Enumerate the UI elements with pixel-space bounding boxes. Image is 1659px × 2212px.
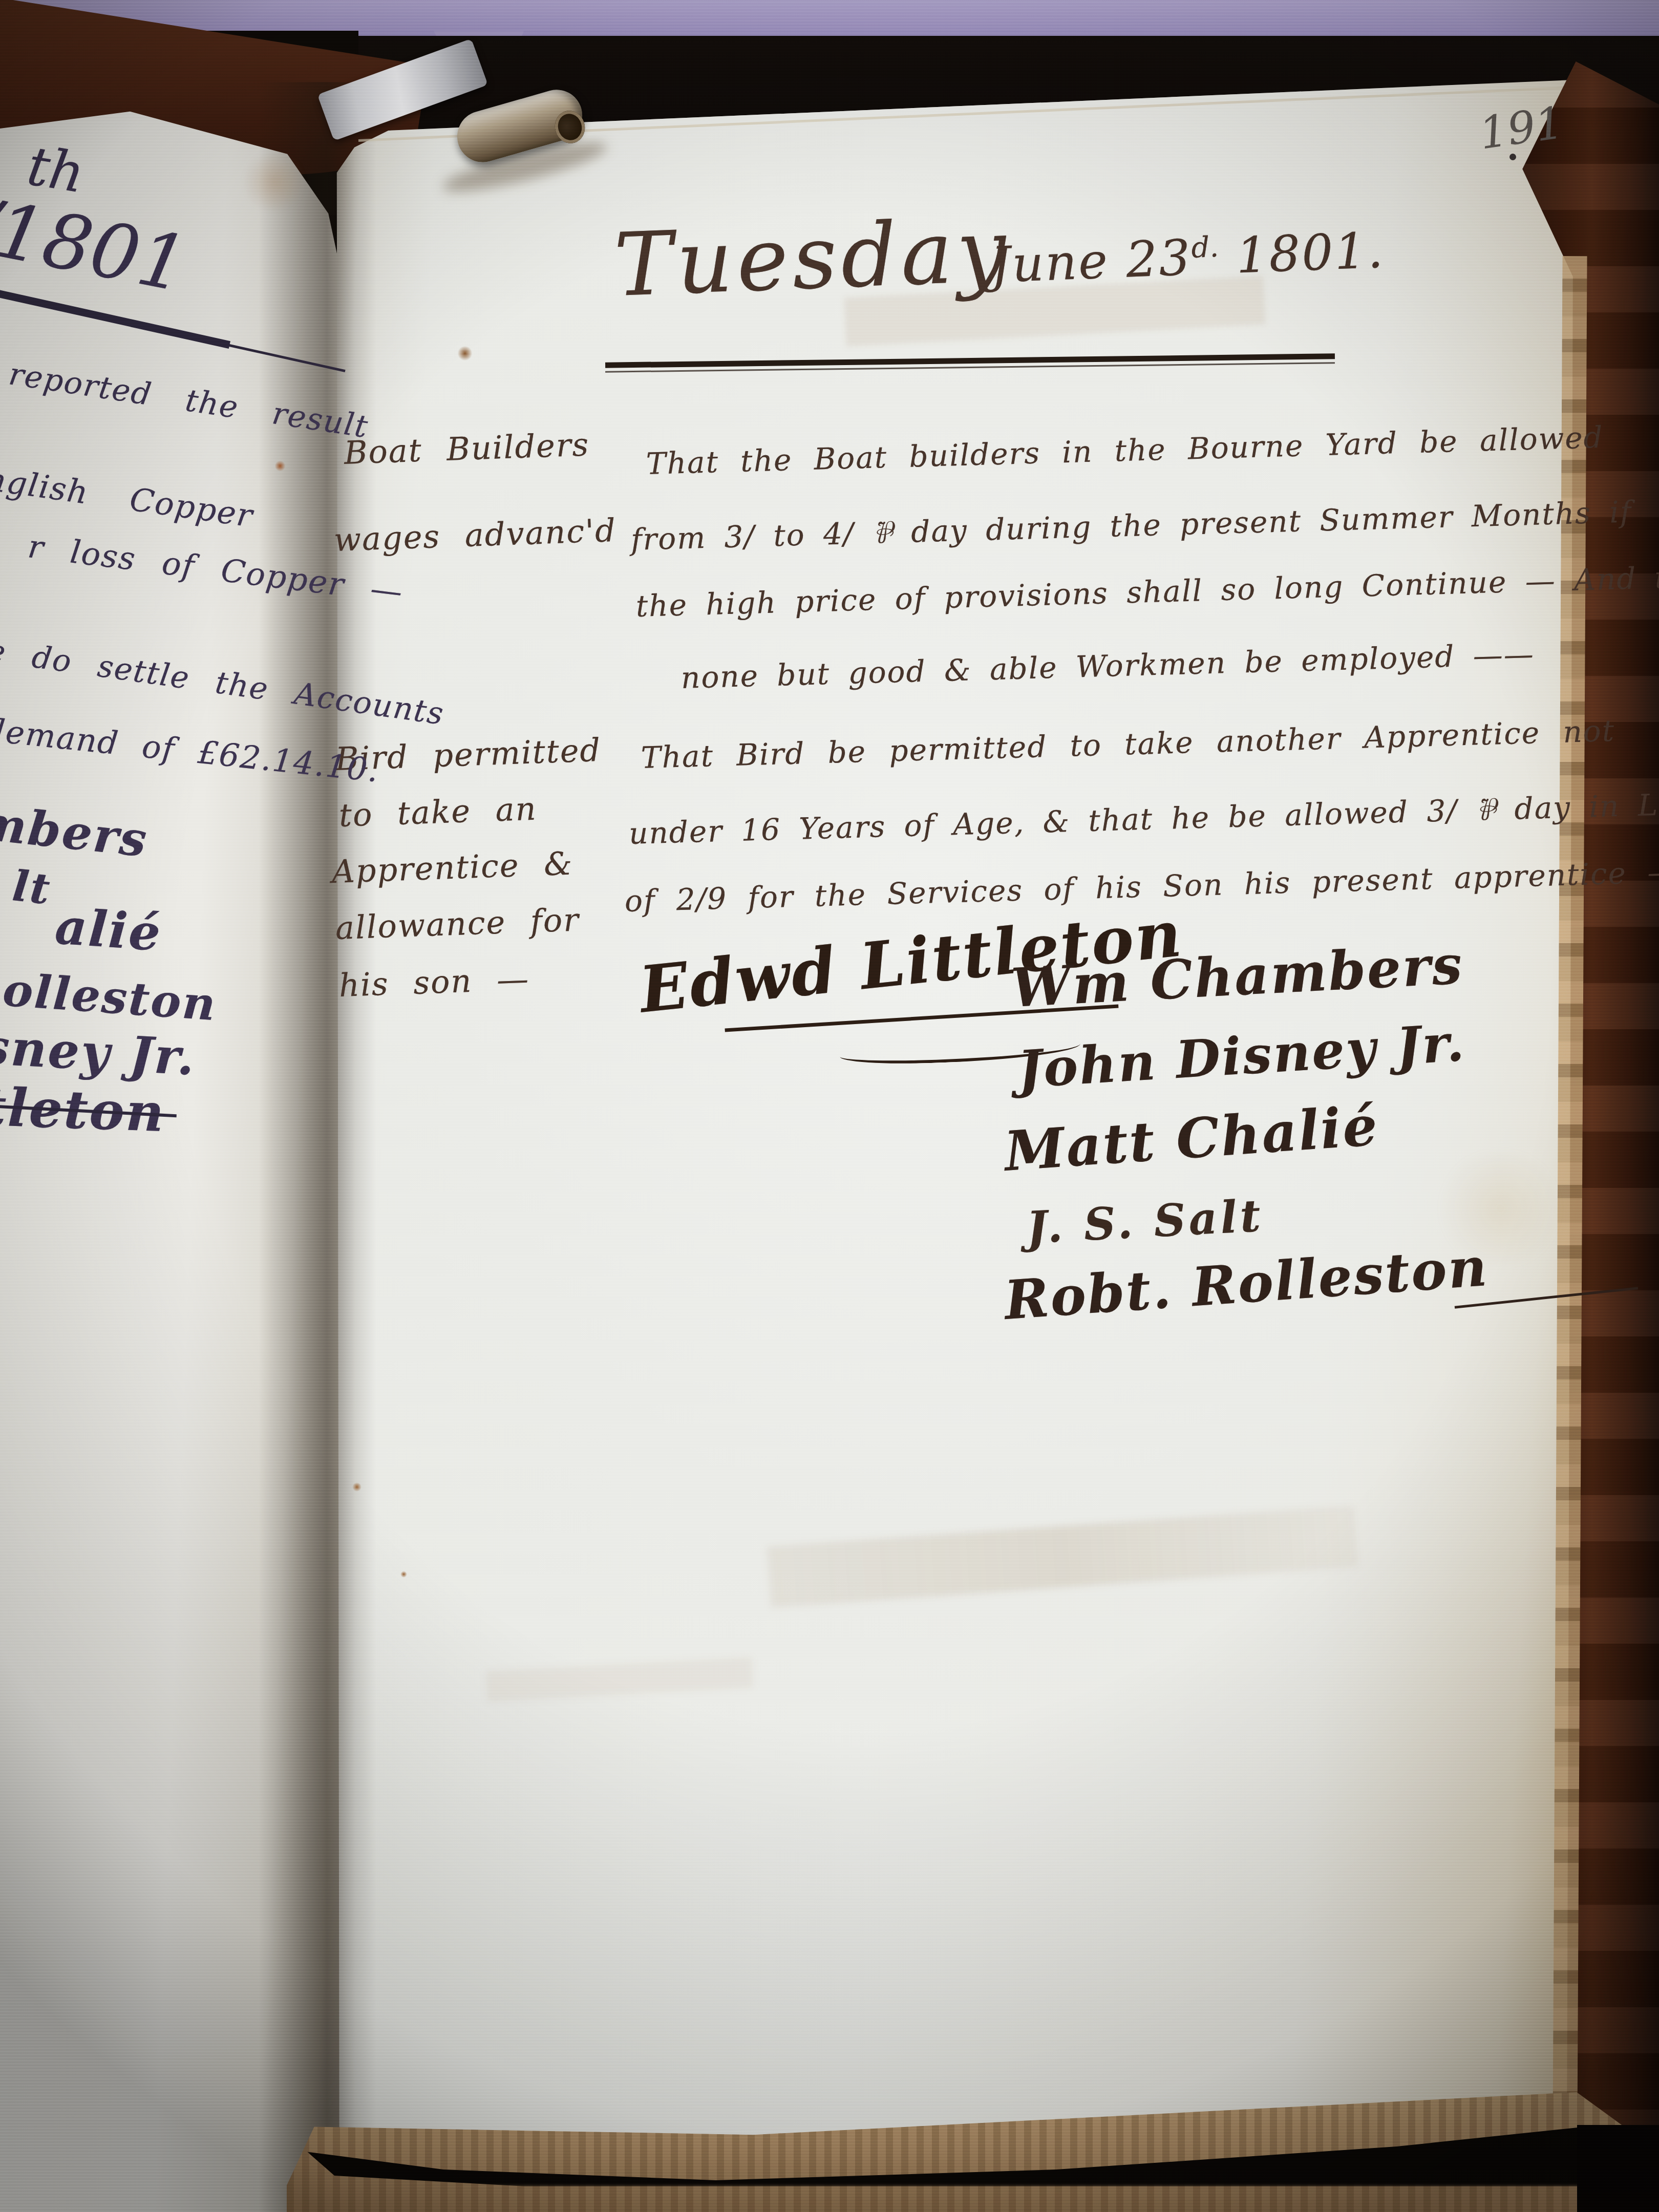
heading-date-year: 1801. [1218, 222, 1385, 285]
heading-date-ordinal: d. [1190, 230, 1219, 265]
left-signature-fragment: isney Jr. [0, 1016, 198, 1087]
manuscript-photo: { "photo_meta": { "colors": { "backgroun… [0, 0, 1659, 2212]
left-signature-fragment: alié [53, 897, 164, 962]
heading-day: Tuesday [612, 200, 1012, 316]
right-page [332, 76, 1587, 2181]
heading-date-main: June 23 [990, 229, 1193, 294]
margin-note: to take an [338, 790, 538, 834]
left-signature-fragment: ttleton [0, 1075, 166, 1144]
table-surface [0, 0, 1659, 56]
left-signature-fragment: lt [10, 861, 54, 914]
background-corner [1577, 2125, 1659, 2212]
margin-note: his son — [338, 960, 530, 1004]
